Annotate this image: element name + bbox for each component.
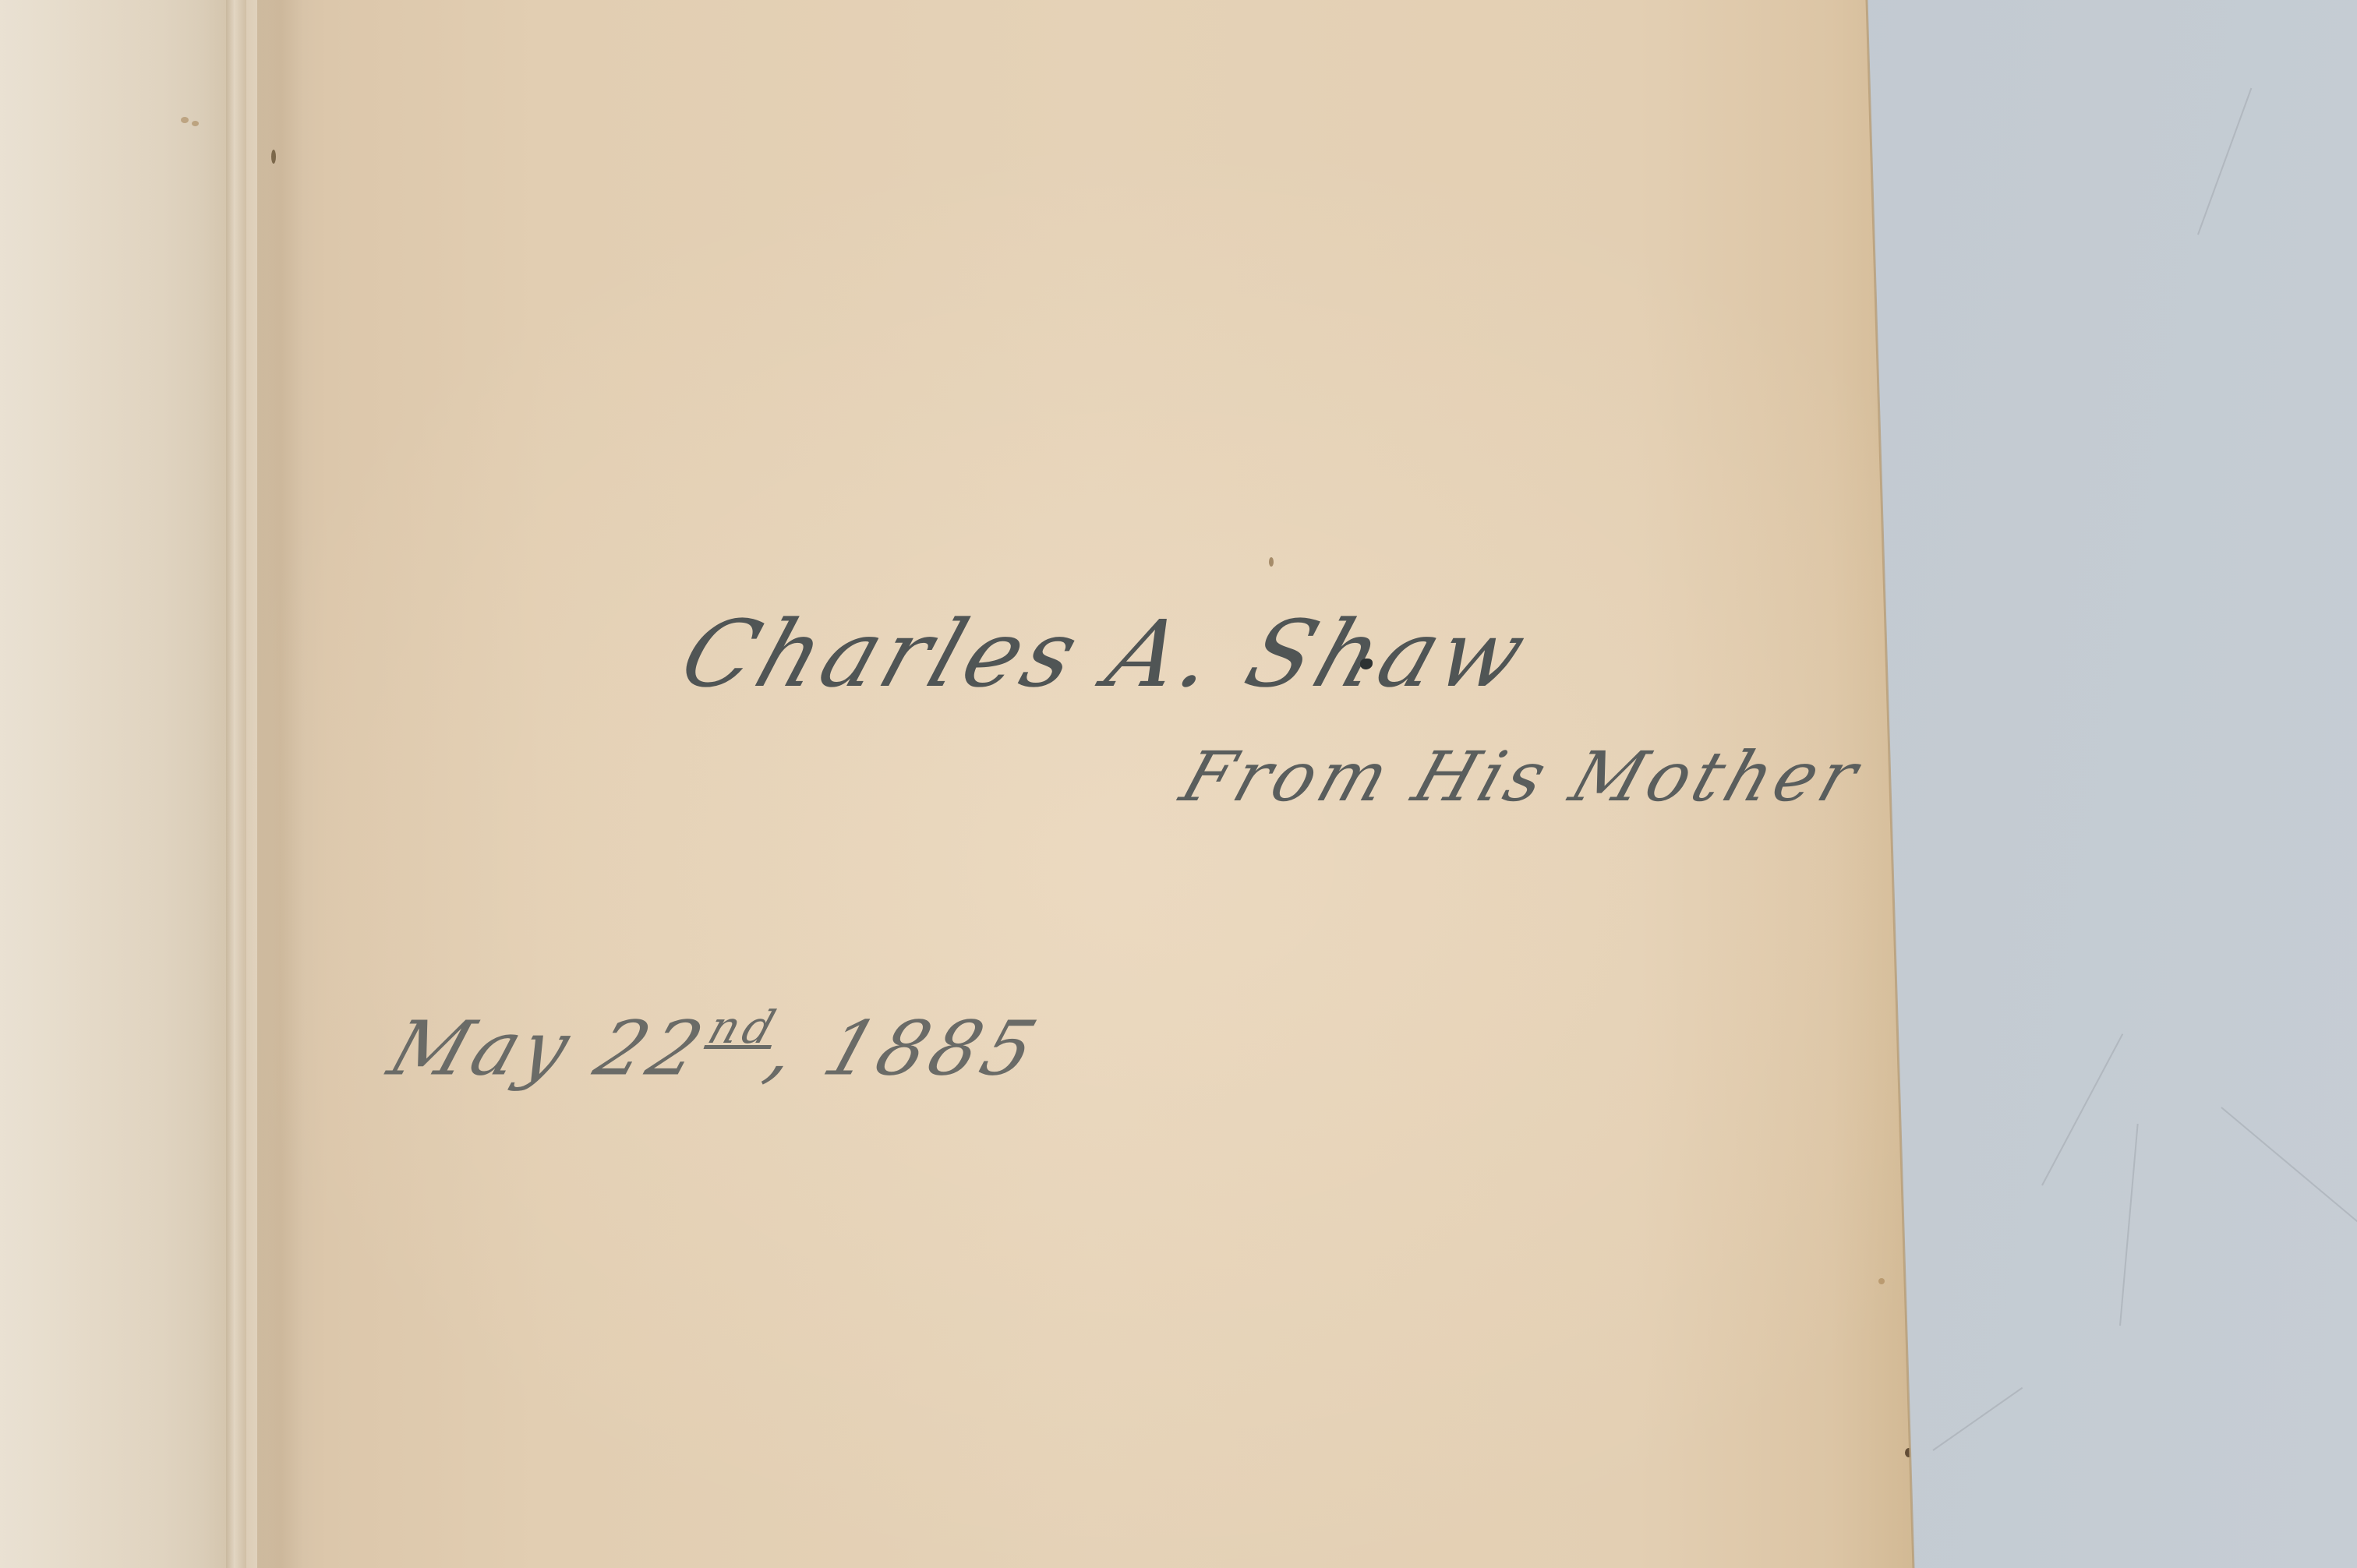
book-page: Charles A. Shaw From His Mother May 22nd… xyxy=(0,0,1917,1568)
surface-scratch xyxy=(2041,1033,2123,1185)
foxing-spot xyxy=(1269,557,1274,567)
surface-scratch xyxy=(1932,1387,2023,1451)
gutter-shadow xyxy=(257,0,304,1568)
inscription-date: May 22nd, 1885 xyxy=(379,1001,1052,1092)
date-year: , 1885 xyxy=(757,1005,1051,1092)
inscription-recipient: Charles A. Shaw xyxy=(669,600,1543,708)
foxing-spot xyxy=(1878,1278,1885,1284)
surface-scratch xyxy=(2221,1107,2357,1258)
foxing-spot xyxy=(1905,1448,1913,1457)
inscription-from-line: From His Mother xyxy=(1171,736,1871,817)
surface-scratch xyxy=(2119,1124,2139,1326)
endpaper xyxy=(0,0,234,1568)
foxing-spot xyxy=(271,150,276,164)
gutter-fold xyxy=(226,0,246,1568)
photo-scene: Charles A. Shaw From His Mother May 22nd… xyxy=(0,0,2357,1568)
foxing-spot xyxy=(181,117,189,123)
date-month-day: May 22 xyxy=(379,1005,718,1092)
foxing-spot xyxy=(192,121,199,126)
surface-scratch xyxy=(2197,88,2252,235)
